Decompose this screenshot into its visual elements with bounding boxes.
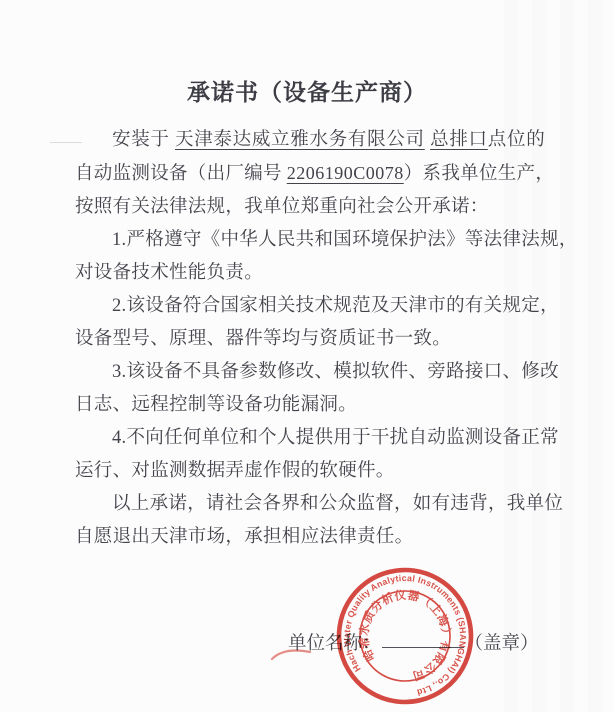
body-line: 日志、远程控制等设备功能漏洞。 <box>75 389 545 422</box>
stray-ink-mark <box>270 643 312 663</box>
body-line: 2.该设备符合国家相关技术规范及天津市的有关规定， <box>75 290 545 323</box>
seal-outer-ring <box>330 561 479 710</box>
body-line: 对设备技术性能负责。 <box>75 257 545 290</box>
body-line: 按照有关法律法规，我单位郑重向社会公开承诺： <box>75 191 545 224</box>
opening-prefix: 安装于 <box>112 130 175 150</box>
body-line: 自愿退出天津市场，承担相应法律责任。 <box>75 521 545 554</box>
body-line: 设备型号、原理、器件等均与资质证书一致。 <box>75 323 545 356</box>
device-clause-prefix: 自动监测设备（出厂编号 <box>75 164 287 184</box>
device-clause-suffix: ）系我单位生产， <box>404 164 554 184</box>
document-body: 安装于 天津泰达威立雅水务有限公司 总排口点位的 自动监测设备（出厂编号 220… <box>75 124 545 554</box>
body-line: 1.严格遵守《中华人民共和国环境保护法》等法律法规， <box>75 224 545 257</box>
body-line: 3.该设备不具备参数修改、模拟软件、旁路接口、修改 <box>75 356 545 389</box>
body-line: 自动监测设备（出厂编号 2206190C0078）系我单位生产， <box>75 157 545 191</box>
scanned-commitment-letter-page: 承诺书（设备生产商） 安装于 天津泰达威立雅水务有限公司 总排口点位的 自动监测… <box>0 0 614 712</box>
company-seal-stamp: Hach Water Quality Analytical Instrument… <box>330 561 480 711</box>
body-line: 安装于 天津泰达威立雅水务有限公司 总排口点位的 <box>75 124 545 157</box>
page-title: 承诺书（设备生产商） <box>0 74 614 107</box>
body-line: 运行、对监测数据弄虚作假的软硬件。 <box>75 455 545 488</box>
body-line: 4.不向任何单位和个人提供用于干扰自动监测设备正常 <box>75 422 545 455</box>
company-name: 天津泰达威立雅水务有限公司 <box>175 130 425 150</box>
factory-serial-number: 2206190C0078 <box>287 163 404 183</box>
body-line: 以上承诺，请社会各界和公众监督，如有违背，我单位 <box>75 488 545 521</box>
opening-suffix: 点位的 <box>488 130 545 150</box>
monitoring-outlet-name: 总排口 <box>430 130 488 150</box>
